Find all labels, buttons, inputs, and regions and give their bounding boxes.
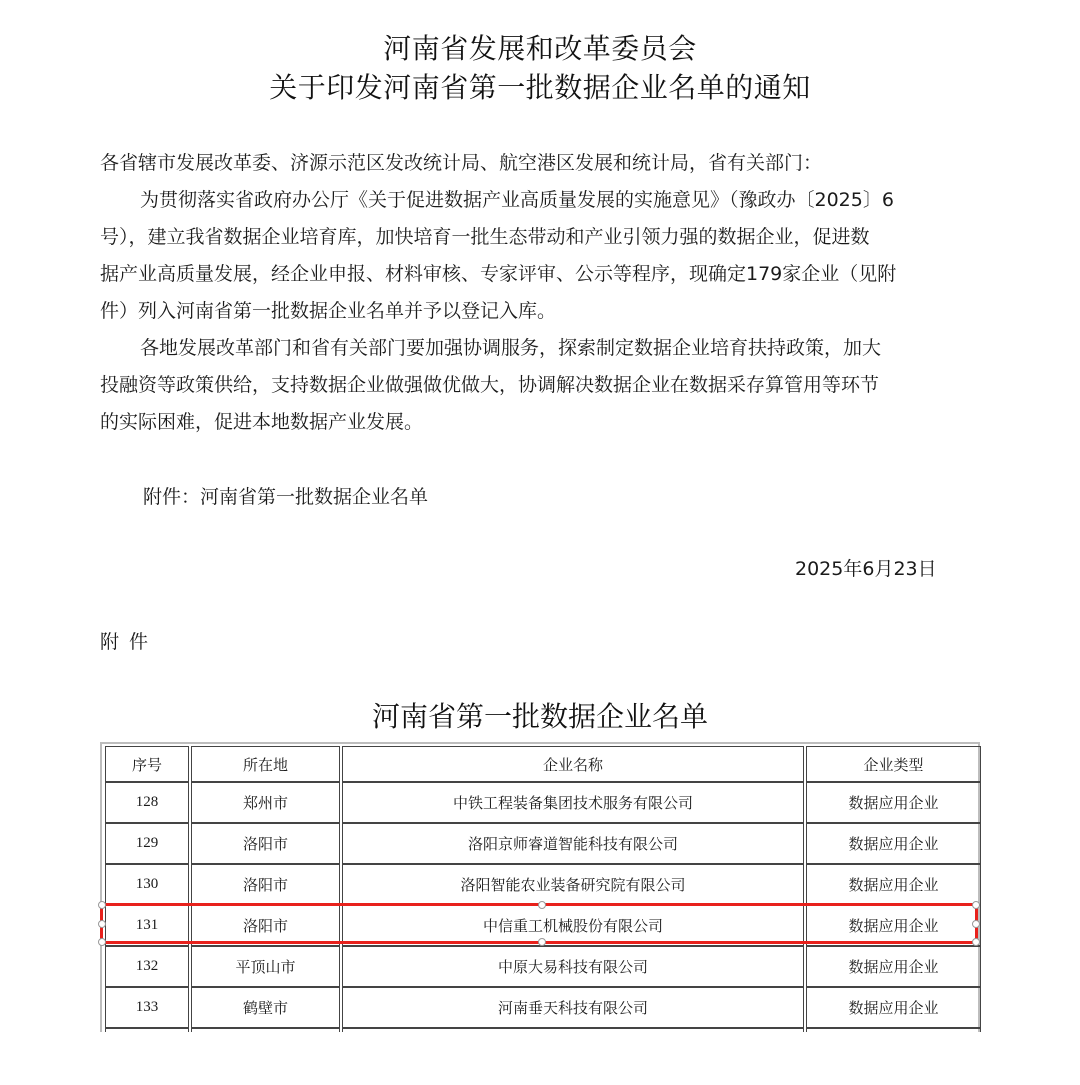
addressee-line: 各省辖市发展改革委、济源示范区发改统计局、航空港区发展和统计局，省有关部门： (100, 148, 822, 175)
paragraph-2-line-3: 的实际困难，促进本地数据产业发展。 (100, 407, 423, 434)
cell-number: 129 (105, 823, 189, 864)
cell-company-name: 洛阳智能农业装备研究院有限公司 (342, 864, 804, 905)
cell-company-name: 中铁工程装备集团技术服务有限公司 (342, 782, 804, 823)
attachment-note: 附件：河南省第一批数据企业名单 (143, 482, 428, 509)
cell-location: 平顶山市 (191, 946, 340, 987)
notice-title: 关于印发河南省第一批数据企业名单的通知 (0, 66, 1080, 106)
cell-company-name: 洛阳京师睿道智能科技有限公司 (342, 823, 804, 864)
paragraph-2-line-2: 投融资等政策供给，支持数据企业做强做优做大，协调解决数据企业在数据采存算管用等环… (100, 370, 879, 397)
table-header-row: 序号 所在地 企业名称 企业类型 (105, 746, 981, 782)
list-title: 河南省第一批数据企业名单 (0, 695, 1080, 735)
cell-number: 130 (105, 864, 189, 905)
cell-number: 132 (105, 946, 189, 987)
paragraph-1-line-4: 件）列入河南省第一批数据企业名单并予以登记入库。 (100, 296, 556, 323)
cell-company-name: 中原大易科技有限公司 (342, 946, 804, 987)
attachment-heading: 附件 (100, 627, 158, 654)
cell-location: 洛阳市 (191, 823, 340, 864)
column-header-company-name: 企业名称 (342, 746, 804, 782)
issuer-title: 河南省发展和改革委员会 (0, 27, 1080, 67)
column-header-location: 所在地 (191, 746, 340, 782)
table-row: 130 洛阳市 洛阳智能农业装备研究院有限公司 数据应用企业 (105, 864, 981, 905)
paragraph-1-line-1: 为贯彻落实省政府办公厅《关于促进数据产业高质量发展的实施意见》（豫政办〔2025… (140, 185, 894, 212)
cell-number: 128 (105, 782, 189, 823)
cell-location: 洛阳市 (191, 864, 340, 905)
table-row: 129 洛阳市 洛阳京师睿道智能科技有限公司 数据应用企业 (105, 823, 981, 864)
cell-company-type: 数据应用企业 (806, 905, 981, 946)
column-header-number: 序号 (105, 746, 189, 782)
blank-area (0, 1032, 1080, 1085)
cell-company-name: 河南垂天科技有限公司 (342, 987, 804, 1028)
cell-company-type: 数据应用企业 (806, 946, 981, 987)
paragraph-1-line-2: 号），建立我省数据企业培育库，加快培育一批生态带动和产业引领力强的数据企业，促进… (100, 222, 870, 249)
cell-company-type: 数据应用企业 (806, 864, 981, 905)
cell-company-type: 数据应用企业 (806, 987, 981, 1028)
table-row: 128 郑州市 中铁工程装备集团技术服务有限公司 数据应用企业 (105, 782, 981, 823)
cell-company-type: 数据应用企业 (806, 823, 981, 864)
cell-location: 鹤壁市 (191, 987, 340, 1028)
paragraph-2-line-1: 各地发展改革部门和省有关部门要加强协调服务，探索制定数据企业培育扶持政策，加大 (140, 333, 881, 360)
table-row: 132 平顶山市 中原大易科技有限公司 数据应用企业 (105, 946, 981, 987)
issue-date: 2025年6月23日 (795, 554, 937, 581)
cell-company-type: 数据应用企业 (806, 782, 981, 823)
cell-number: 131 (105, 905, 189, 946)
table-row-highlighted[interactable]: 131 洛阳市 中信重工机械股份有限公司 数据应用企业 (105, 905, 981, 946)
company-list-table: 序号 所在地 企业名称 企业类型 128 郑州市 中铁工程装备集团技术服务有限公… (103, 746, 983, 1069)
table-row: 133 鹤壁市 河南垂天科技有限公司 数据应用企业 (105, 987, 981, 1028)
paragraph-1-line-3: 据产业高质量发展，经企业申报、材料审核、专家评审、公示等程序，现确定179家企业… (100, 259, 896, 286)
cell-location: 洛阳市 (191, 905, 340, 946)
cell-number: 133 (105, 987, 189, 1028)
cell-location: 郑州市 (191, 782, 340, 823)
cell-company-name: 中信重工机械股份有限公司 (342, 905, 804, 946)
column-header-company-type: 企业类型 (806, 746, 981, 782)
